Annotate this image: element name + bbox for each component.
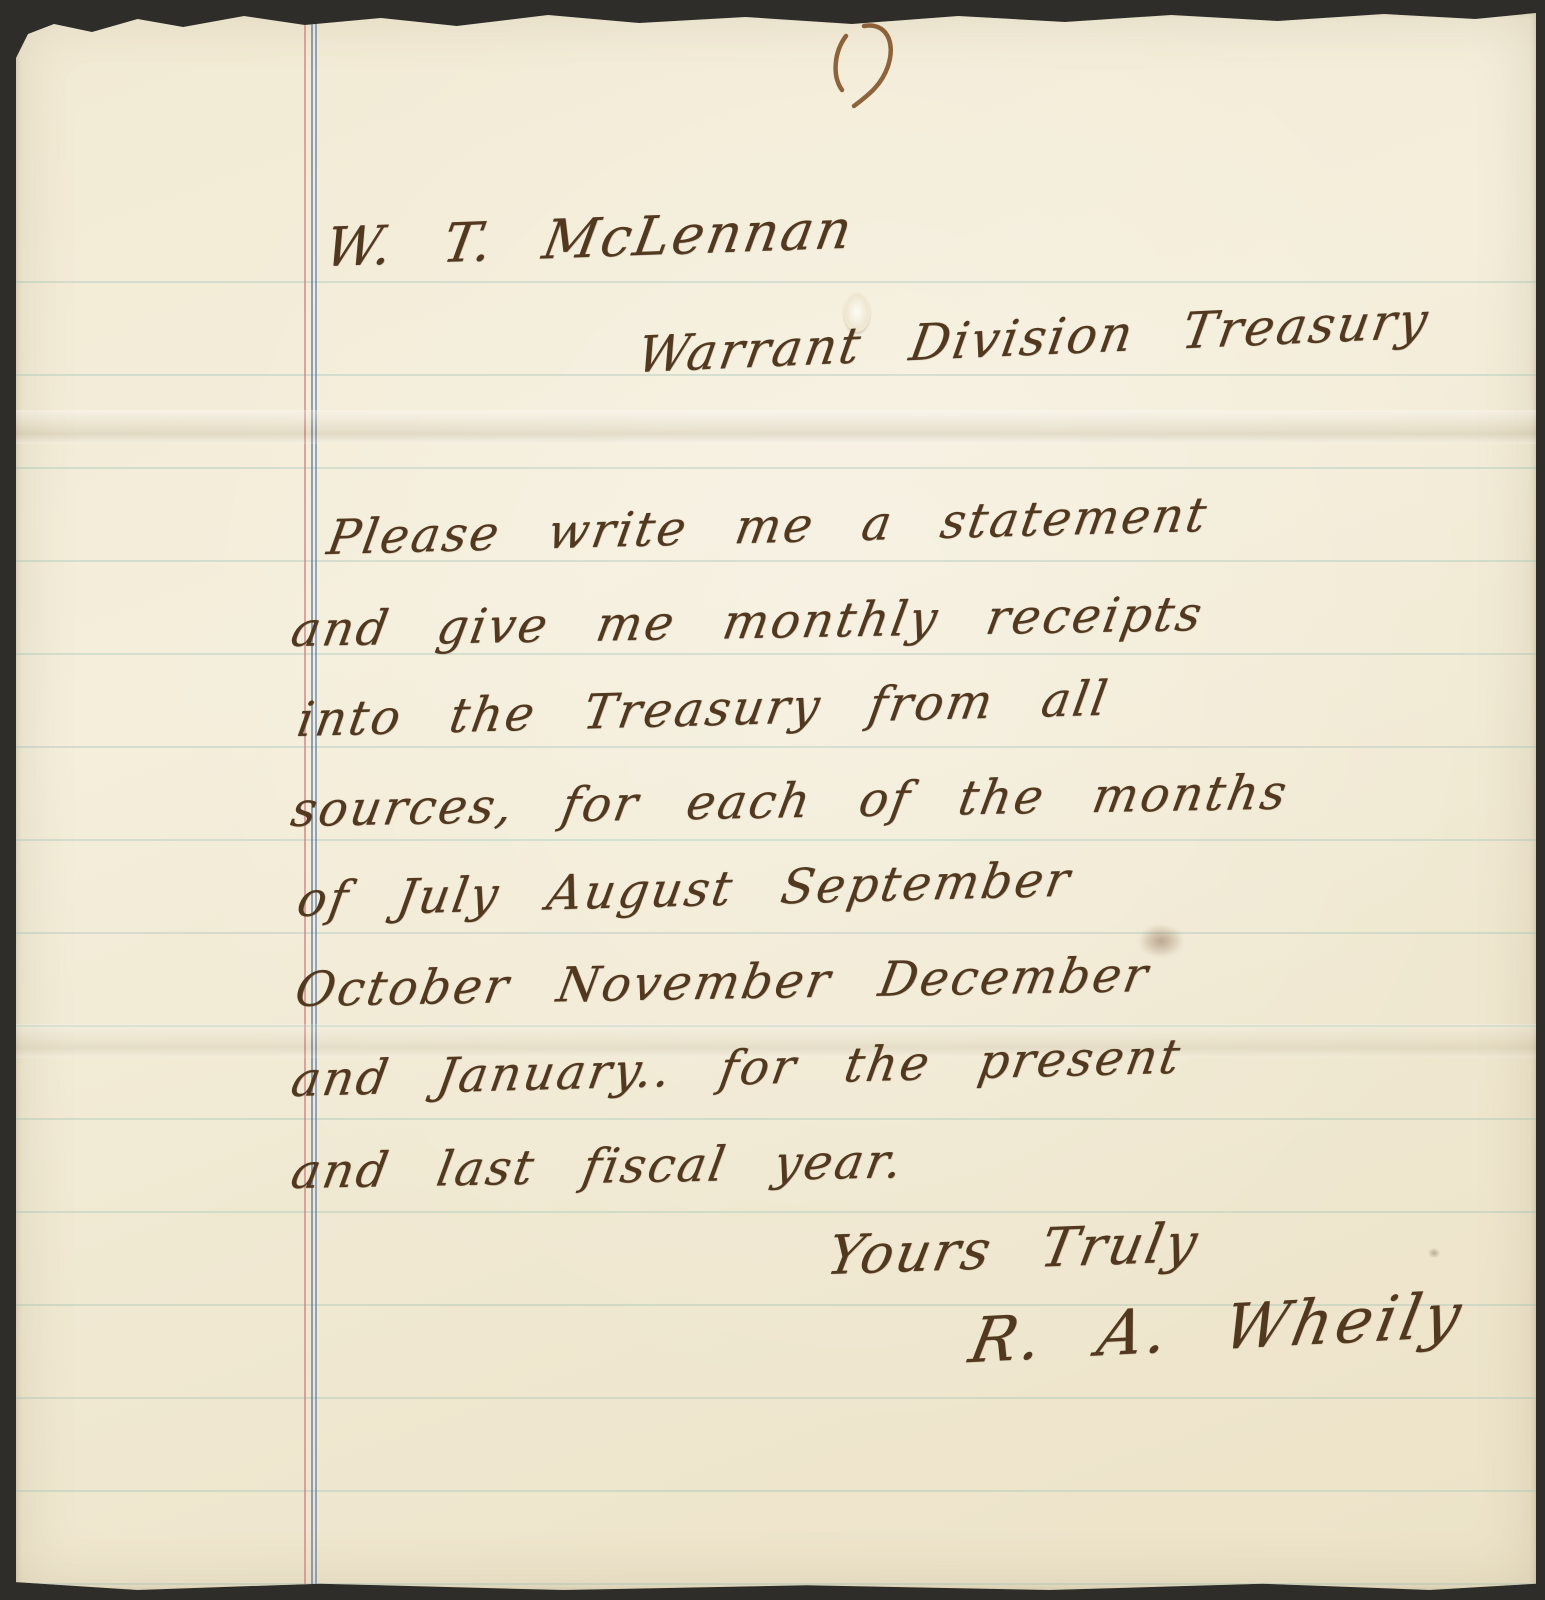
recipient-name: W. T. McLennan (320, 197, 859, 279)
scan-background: W. T. McLennan Warrant Division Treasury… (0, 0, 1545, 1600)
ruled-lines (16, 281, 1536, 1590)
ink-blot-icon (824, 18, 914, 128)
letter-paper: W. T. McLennan Warrant Division Treasury… (16, 12, 1536, 1590)
closing-salutation: Yours Truly (822, 1211, 1205, 1287)
body-line: and last fiscal year. (287, 1133, 909, 1200)
